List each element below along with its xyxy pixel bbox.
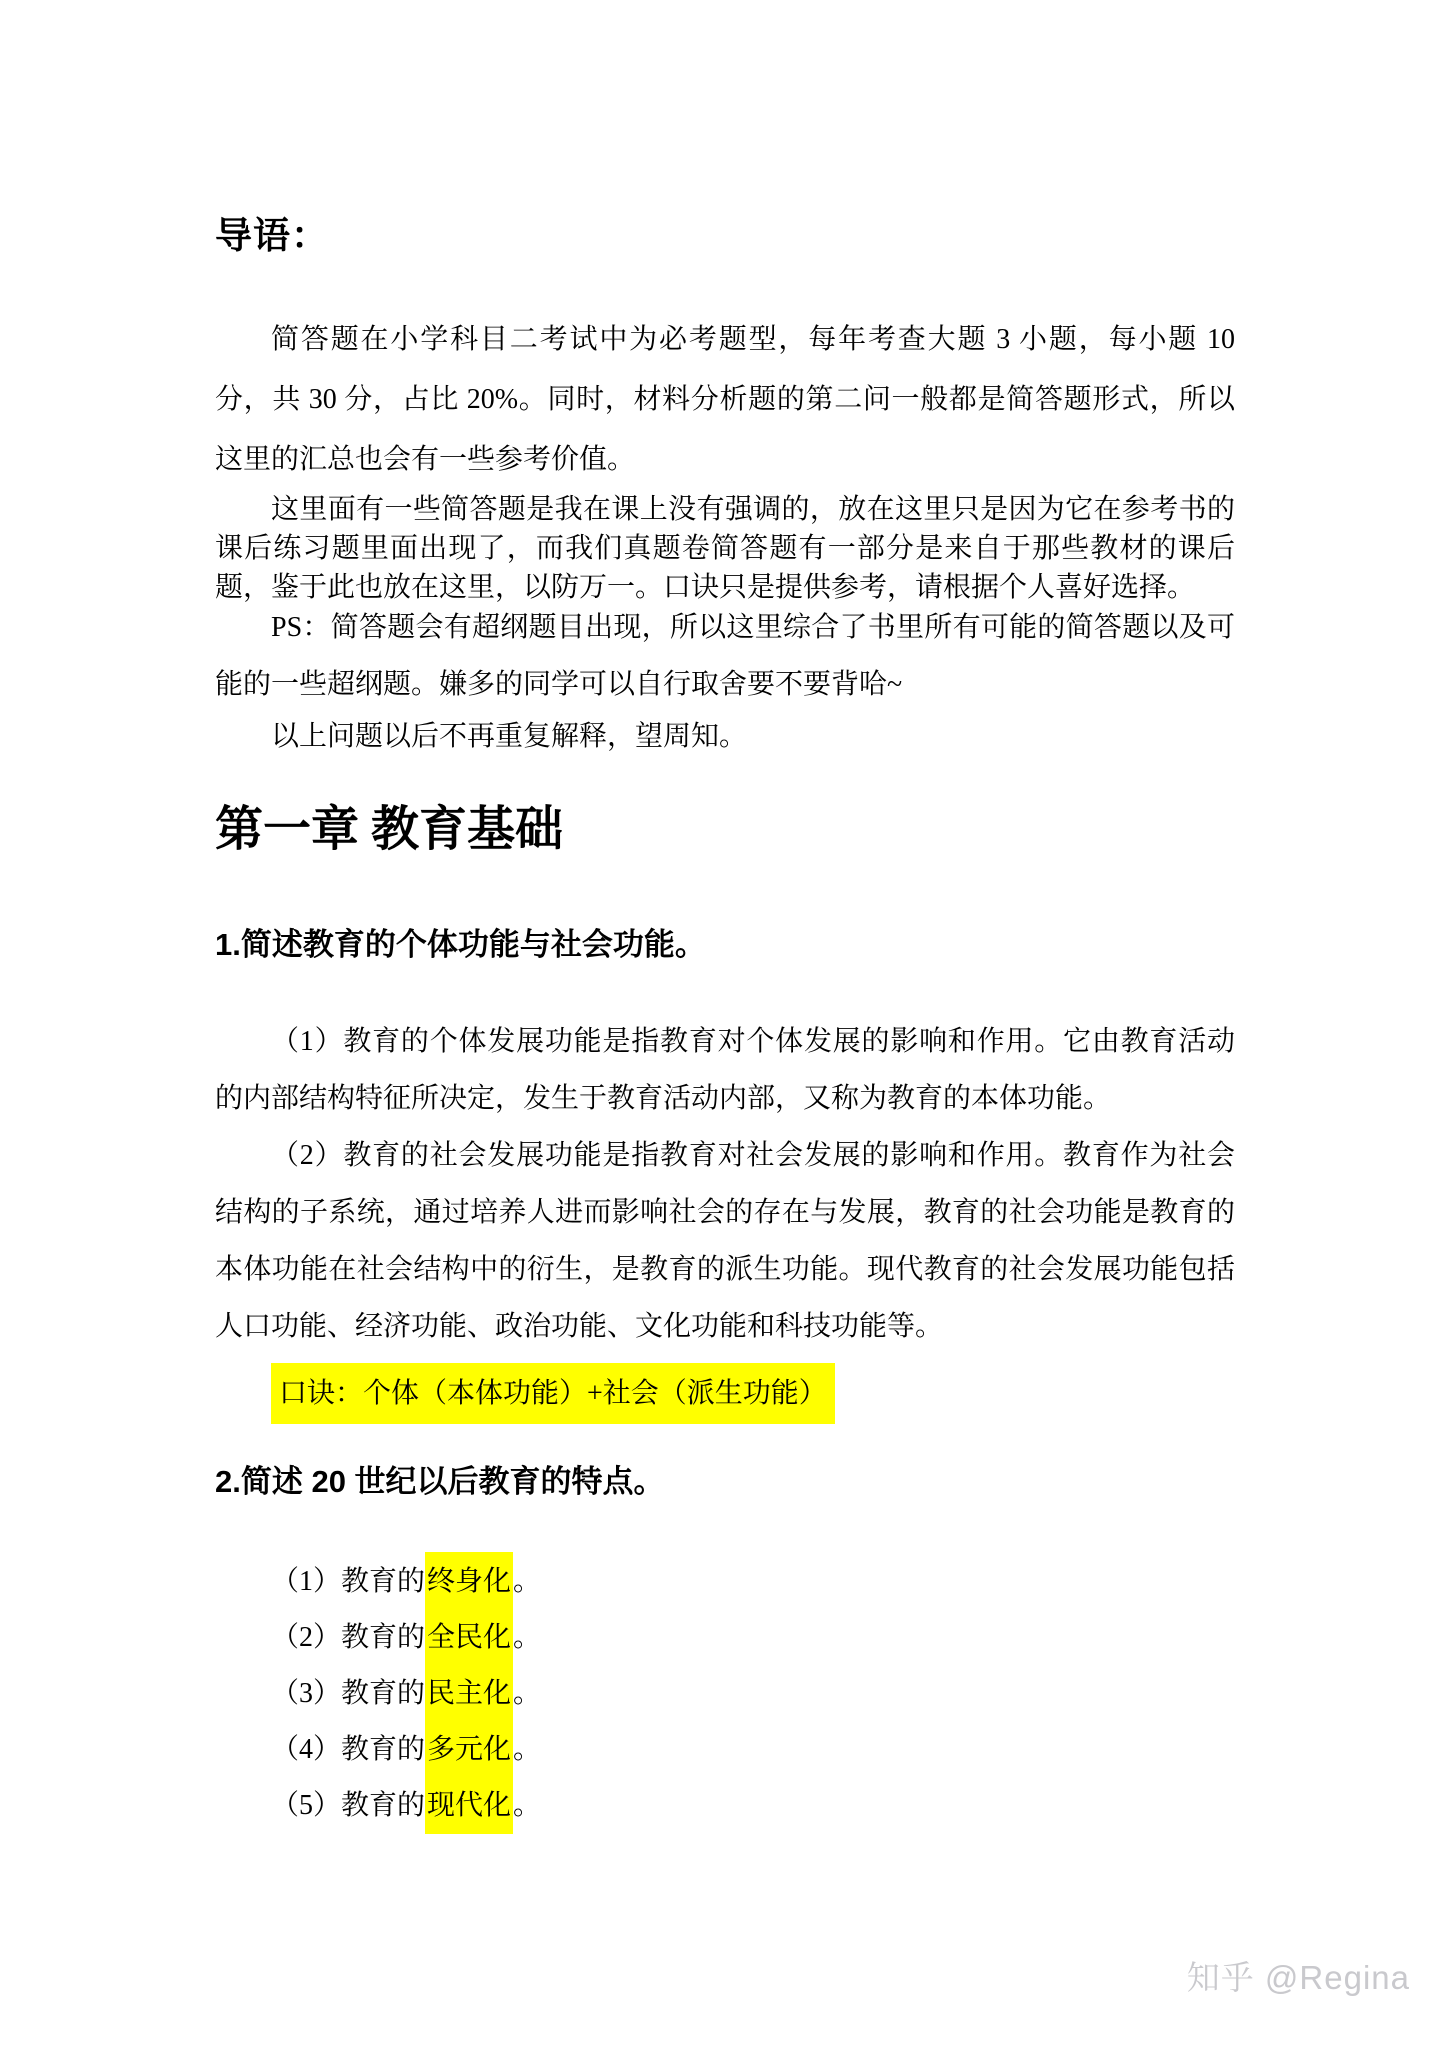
feature-item-4: （4）教育的多元化。 [215, 1722, 1235, 1778]
question-1-answer-2: （2）教育的社会发展功能是指教育对社会发展的影响和作用。教育作为社会结构的子系统… [215, 1127, 1235, 1355]
document-content: 导语： 简答题在小学科目二考试中为必考题型，每年考查大题 3 小题，每小题 10… [0, 0, 1449, 1834]
feature-list: （1）教育的终身化。 （2）教育的全民化。 （3）教育的民主化。 （4）教育的多… [215, 1554, 1235, 1834]
feature-item-1: （1）教育的终身化。 [215, 1554, 1235, 1610]
mnemonic-line: 口诀：个体（本体功能）+社会（派生功能） [215, 1362, 1235, 1425]
feature-item-1-suffix: 。 [513, 1566, 541, 1597]
feature-item-3-prefix: （3）教育的 [271, 1678, 425, 1709]
feature-item-3-highlighted-term: 民主化 [425, 1664, 513, 1722]
mnemonic-highlight: 口诀：个体（本体功能）+社会（派生功能） [271, 1363, 835, 1424]
feature-item-5-suffix: 。 [513, 1790, 541, 1821]
feature-item-4-prefix: （4）教育的 [271, 1734, 425, 1765]
chapter-title: 第一章 教育基础 [215, 802, 1235, 858]
feature-item-1-highlighted-term: 终身化 [425, 1552, 513, 1610]
feature-item-3-suffix: 。 [513, 1678, 541, 1709]
intro-paragraph-source: 这里面有一些简答题是我在课上没有强调的，放在这里只是因为它在参考书的课后练习题里… [215, 490, 1235, 607]
feature-item-1-prefix: （1）教育的 [271, 1566, 425, 1597]
intro-paragraph-note: 以上问题以后不再重复解释，望周知。 [215, 713, 1235, 760]
question-2-heading: 2.简述 20 世纪以后教育的特点。 [215, 1462, 1235, 1502]
feature-item-2-prefix: （2）教育的 [271, 1622, 425, 1653]
feature-item-2-suffix: 。 [513, 1622, 541, 1653]
zhihu-watermark: 知乎 @Regina [1187, 1958, 1410, 1998]
feature-item-2-highlighted-term: 全民化 [425, 1608, 513, 1666]
feature-item-5-highlighted-term: 现代化 [425, 1776, 513, 1834]
question-1-heading: 1.简述教育的个体功能与社会功能。 [215, 925, 1235, 965]
intro-paragraph-ps: PS：简答题会有超纲题目出现，所以这里综合了书里所有可能的简答题以及可能的一些超… [215, 599, 1235, 713]
intro-paragraph-exam: 简答题在小学科目二考试中为必考题型，每年考查大题 3 小题，每小题 10 分，共… [215, 310, 1235, 490]
feature-item-2: （2）教育的全民化。 [215, 1610, 1235, 1666]
document-page: 导语： 简答题在小学科目二考试中为必考题型，每年考查大题 3 小题，每小题 10… [0, 0, 1449, 2048]
question-1-answer-1: （1）教育的个体发展功能是指教育对个体发展的影响和作用。它由教育活动的内部结构特… [215, 1013, 1235, 1127]
feature-item-5-prefix: （5）教育的 [271, 1790, 425, 1821]
feature-item-4-suffix: 。 [513, 1734, 541, 1765]
feature-item-3: （3）教育的民主化。 [215, 1666, 1235, 1722]
intro-heading: 导语： [215, 0, 1235, 256]
feature-item-4-highlighted-term: 多元化 [425, 1720, 513, 1778]
feature-item-5: （5）教育的现代化。 [215, 1778, 1235, 1834]
